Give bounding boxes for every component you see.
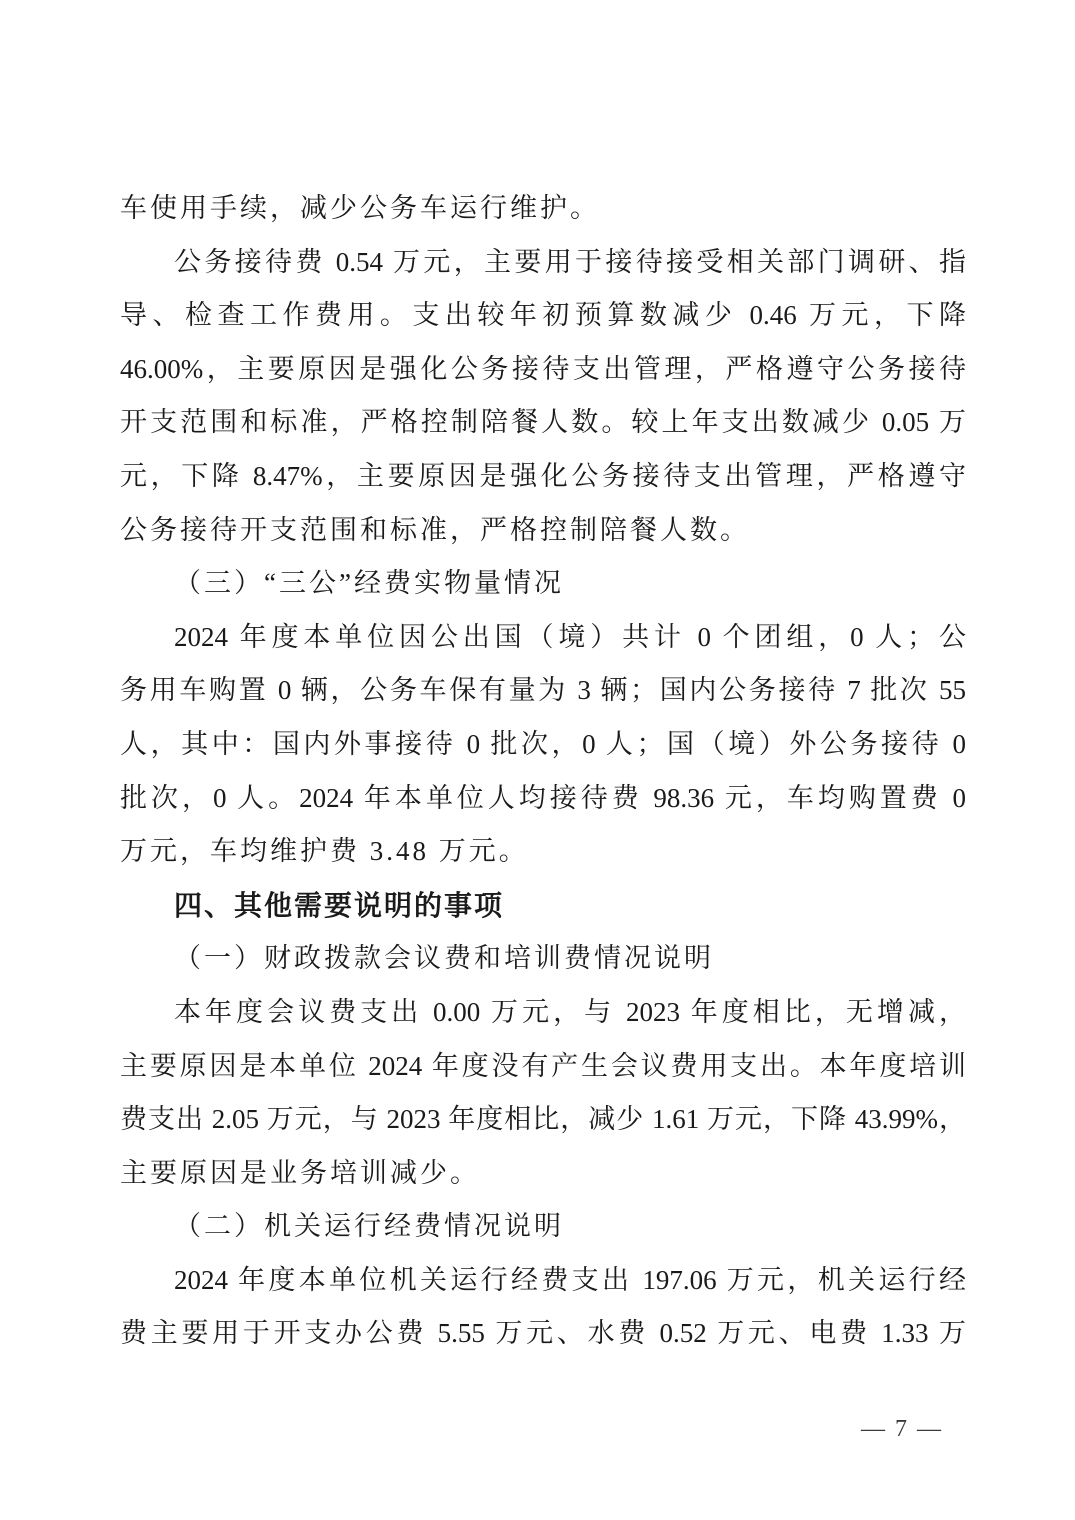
text-line: 46.00%，主要原因是强化公务接待支出管理，严格遵守公务接待 (120, 343, 966, 397)
paragraph: 本年度会议费支出 0.00 万元，与 2023 年度相比，无增减，主要原因是本单… (120, 986, 966, 1200)
paragraph: 2024 年度本单位因公出国（境）共计 0 个团组，0 人；公务用车购置 0 辆… (120, 611, 966, 879)
text-line: 车使用手续，减少公务车运行维护。 (120, 182, 966, 236)
text-line: 元，下降 8.47%，主要原因是强化公务接待支出管理，严格遵守 (120, 450, 966, 504)
paragraph: 2024 年度本单位机关运行经费支出 197.06 万元，机关运行经费主要用于开… (120, 1254, 966, 1361)
document-page: 车使用手续，减少公务车运行维护。公务接待费 0.54 万元，主要用于接待接受相关… (0, 0, 1075, 1520)
text-line: 务用车购置 0 辆，公务车保有量为 3 辆；国内公务接待 7 批次 55 (120, 664, 966, 718)
section-heading: 四、其他需要说明的事项 (120, 879, 966, 933)
text-line: 万元，车均维护费 3.48 万元。 (120, 825, 966, 879)
text-line: 主要原因是业务培训减少。 (120, 1147, 966, 1201)
text-line: （二）机关运行经费情况说明 (120, 1200, 966, 1254)
text-line: 导、检查工作费用。支出较年初预算数减少 0.46 万元，下降 (120, 289, 966, 343)
page-number: — 7 — (861, 1414, 943, 1444)
document-body: 车使用手续，减少公务车运行维护。公务接待费 0.54 万元，主要用于接待接受相关… (120, 182, 966, 1361)
text-line: 2024 年度本单位机关运行经费支出 197.06 万元，机关运行经 (120, 1254, 966, 1308)
paragraph: 车使用手续，减少公务车运行维护。 (120, 182, 966, 236)
paragraph: 公务接待费 0.54 万元，主要用于接待接受相关部门调研、指导、检查工作费用。支… (120, 236, 966, 558)
text-line: 费主要用于开支办公费 5.55 万元、水费 0.52 万元、电费 1.33 万 (120, 1307, 966, 1361)
text-line: 本年度会议费支出 0.00 万元，与 2023 年度相比，无增减， (120, 986, 966, 1040)
sub-heading: （三）“三公”经费实物量情况 (120, 557, 966, 611)
text-line: （一）财政拨款会议费和培训费情况说明 (120, 932, 966, 986)
text-line: 公务接待开支范围和标准，严格控制陪餐人数。 (120, 504, 966, 558)
sub-heading: （一）财政拨款会议费和培训费情况说明 (120, 932, 966, 986)
text-line: 主要原因是本单位 2024 年度没有产生会议费用支出。本年度培训 (120, 1040, 966, 1094)
text-line: 人，其中：国内外事接待 0 批次，0 人；国（境）外公务接待 0 (120, 718, 966, 772)
text-line: 公务接待费 0.54 万元，主要用于接待接受相关部门调研、指 (120, 236, 966, 290)
text-line: 开支范围和标准，严格控制陪餐人数。较上年支出数减少 0.05 万 (120, 396, 966, 450)
text-line: 费支出 2.05 万元，与 2023 年度相比，减少 1.61 万元，下降 43… (120, 1093, 966, 1147)
text-line: 2024 年度本单位因公出国（境）共计 0 个团组，0 人；公 (120, 611, 966, 665)
sub-heading: （二）机关运行经费情况说明 (120, 1200, 966, 1254)
text-line: 四、其他需要说明的事项 (120, 879, 966, 933)
text-line: 批次，0 人。2024 年本单位人均接待费 98.36 元，车均购置费 0 (120, 772, 966, 826)
text-line: （三）“三公”经费实物量情况 (120, 557, 966, 611)
